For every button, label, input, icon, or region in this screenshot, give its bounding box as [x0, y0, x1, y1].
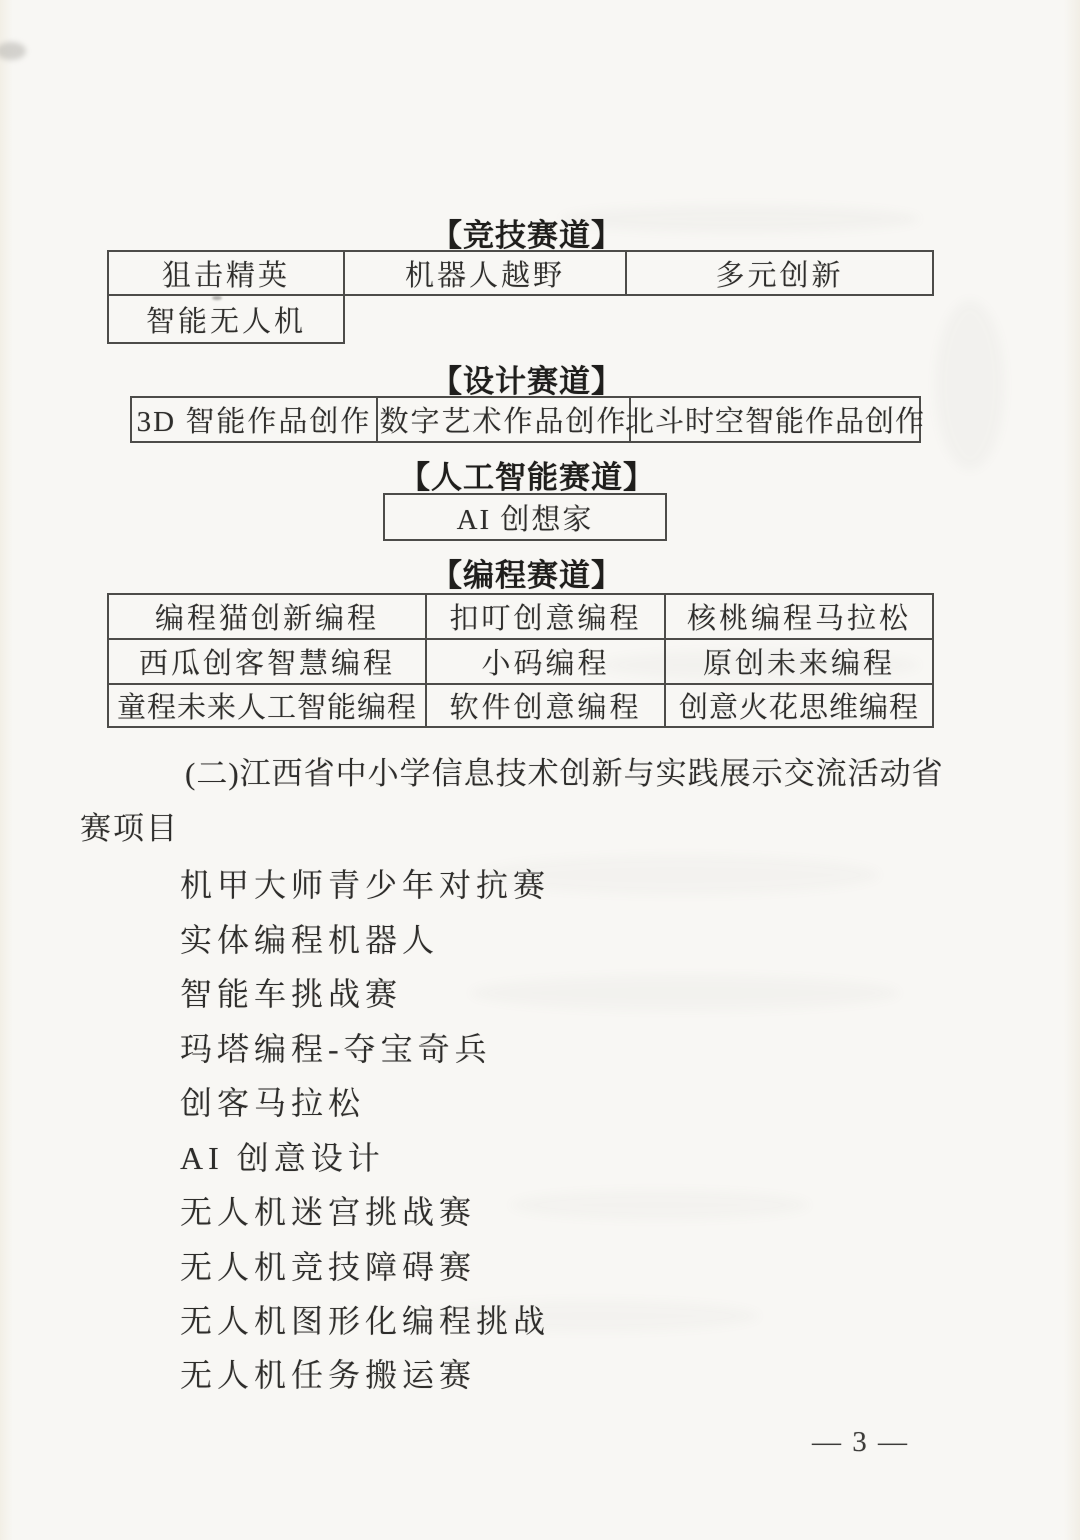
table-cell: 西瓜创客智慧编程 [107, 638, 427, 685]
table-cell: 小码编程 [425, 638, 666, 685]
competitive-track-table: 狙击精英 机器人越野 多元创新 智能无人机 [107, 250, 934, 344]
table-row: AI 创想家 [383, 493, 667, 541]
table-cell: 原创未来编程 [664, 638, 934, 685]
list-item: 机甲大师青少年对抗赛 [180, 860, 550, 906]
table-row: 童程未来人工智能编程 软件创意编程 创意火花思维编程 [107, 685, 934, 728]
section-heading-competitive: 【竞技赛道】 [0, 210, 1054, 255]
scan-smudge [0, 42, 26, 60]
list-item: 无人机迷宫挑战赛 [180, 1187, 476, 1233]
section-heading-design: 【设计赛道】 [0, 356, 1054, 401]
programming-track-table: 编程猫创新编程 扣叮创意编程 核桃编程马拉松 西瓜创客智慧编程 小码编程 原创未… [107, 593, 934, 728]
table-cell: 3D 智能作品创作 [130, 396, 378, 443]
list-item: 无人机图形化编程挑战 [180, 1296, 550, 1342]
list-item: AI 创意设计 [180, 1133, 385, 1179]
paragraph-line-1: (二)江西省中小学信息技术创新与实践展示交流活动省 [185, 748, 944, 793]
list-item: 创客马拉松 [180, 1078, 365, 1124]
table-cell: 多元创新 [625, 250, 934, 296]
section-heading-programming: 【编程赛道】 [0, 550, 1054, 595]
bleed-through-smudge [470, 975, 900, 1011]
section-heading-ai: 【人工智能赛道】 [0, 452, 1054, 497]
list-item: 智能车挑战赛 [180, 969, 402, 1015]
table-row: 编程猫创新编程 扣叮创意编程 核桃编程马拉松 [107, 593, 934, 640]
list-item: 无人机任务搬运赛 [180, 1350, 476, 1396]
ai-track-table: AI 创想家 [383, 493, 667, 541]
page-number: — 3 — [812, 1426, 909, 1459]
table-cell: 智能无人机 [107, 294, 345, 344]
table-cell: 数字艺术作品创作 [376, 396, 631, 443]
table-row: 西瓜创客智慧编程 小码编程 原创未来编程 [107, 640, 934, 685]
table-cell: 机器人越野 [343, 250, 627, 296]
paragraph-line-2: 赛项目 [80, 803, 179, 848]
table-row: 3D 智能作品创作 数字艺术作品创作 北斗时空智能作品创作 [130, 396, 921, 443]
table-cell: 软件创意编程 [425, 683, 666, 728]
table-cell: 北斗时空智能作品创作 [629, 396, 921, 443]
table-cell: 狙击精英 [107, 250, 345, 296]
table-cell: 核桃编程马拉松 [664, 593, 934, 640]
table-cell: 扣叮创意编程 [425, 593, 666, 640]
table-row: 狙击精英 机器人越野 多元创新 [107, 250, 934, 296]
table-cell: 编程猫创新编程 [107, 593, 427, 640]
list-item: 无人机竞技障碍赛 [180, 1242, 476, 1288]
bleed-through-smudge [510, 1190, 810, 1220]
table-cell: 童程未来人工智能编程 [107, 683, 427, 728]
list-item: 实体编程机器人 [180, 915, 439, 961]
document-page: 【竞技赛道】 狙击精英 机器人越野 多元创新 智能无人机 【设计赛道】 3D 智… [0, 0, 1080, 1540]
list-item: 玛塔编程-夺宝奇兵 [180, 1024, 492, 1070]
design-track-table: 3D 智能作品创作 数字艺术作品创作 北斗时空智能作品创作 [130, 396, 921, 443]
table-row: 智能无人机 [107, 296, 934, 344]
table-cell: 创意火花思维编程 [664, 683, 934, 728]
table-cell: AI 创想家 [383, 493, 667, 541]
